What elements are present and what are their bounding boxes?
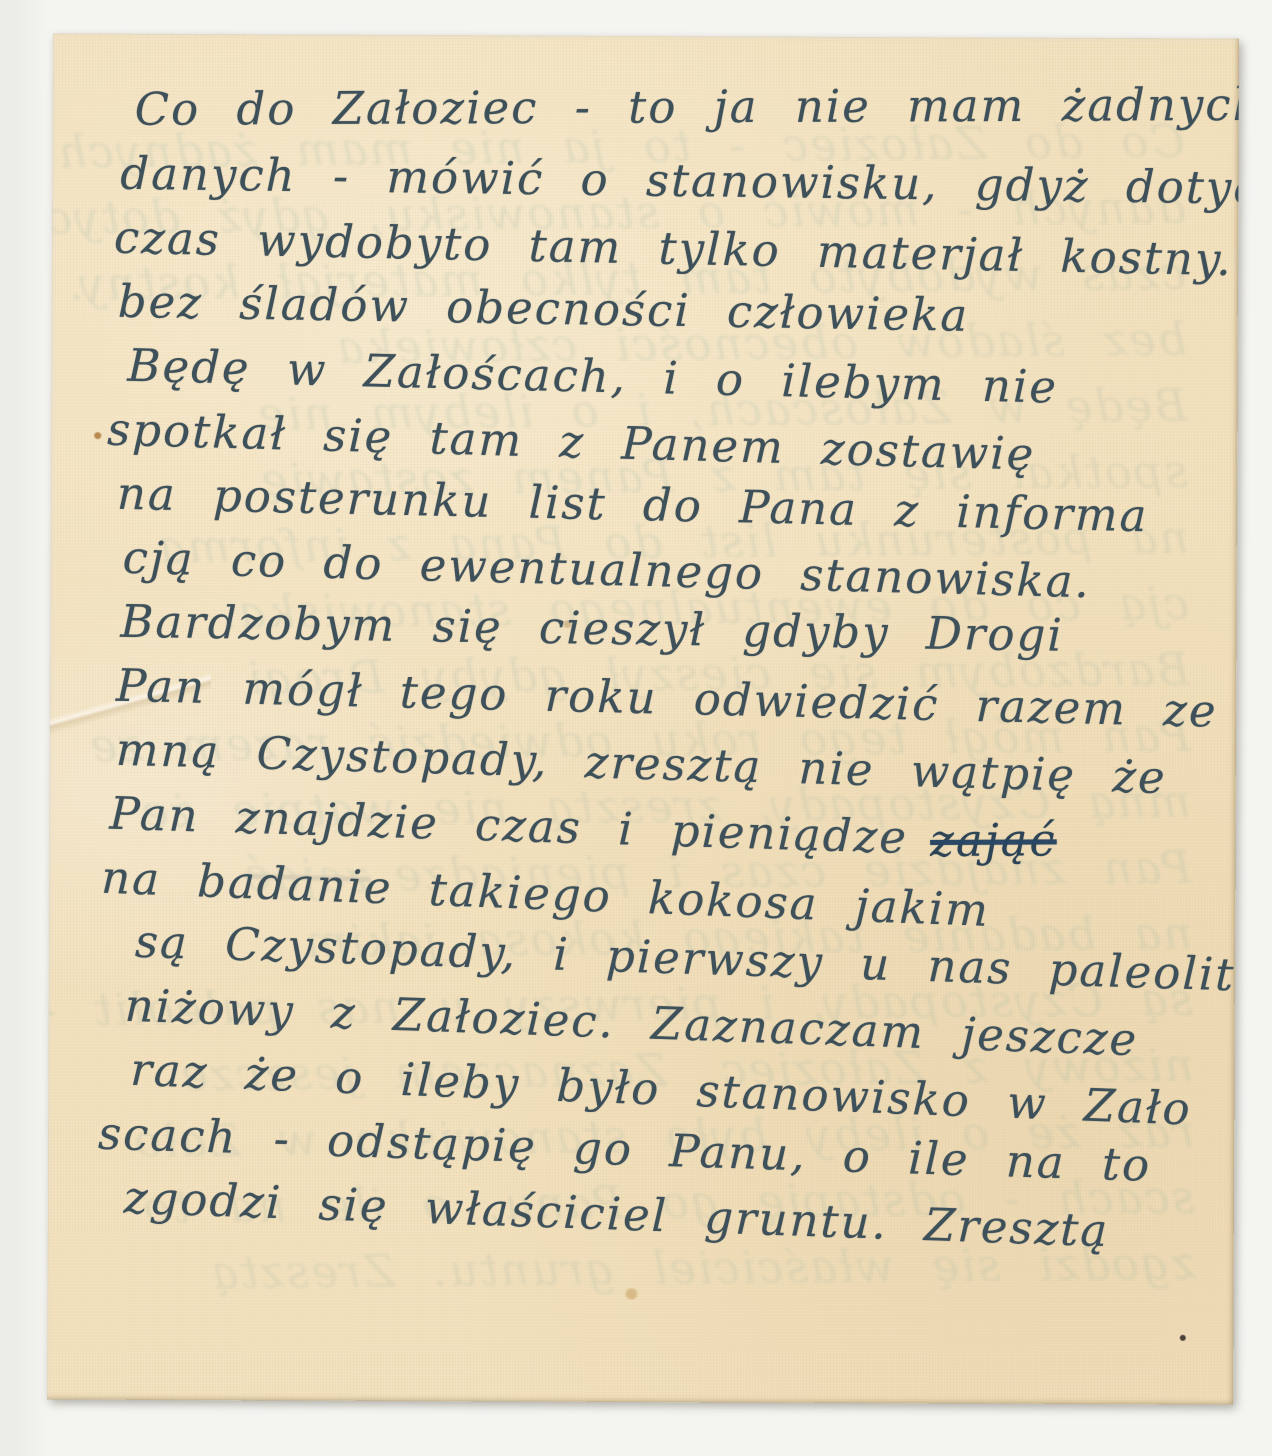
letter-lines: Co do Załoziec - to ja nie mam żadnychda… (78, 78, 1225, 1235)
letter-line: Co do Załoziec - to ja nie mam żadnych (135, 73, 1225, 142)
struck-word: zająć (930, 808, 1057, 873)
letter-line-text: Bardzobym się cieszył gdyby Drogi (120, 595, 1064, 662)
scanner-background: Co do Załoziec - to ja nie mam żadnychda… (0, 0, 1272, 1456)
letter-paper: Co do Załoziec - to ja nie mam żadnychda… (47, 33, 1239, 1404)
letter-line-text: Co do Załoziec - to ja nie mam żadnych (135, 78, 1239, 136)
letter-line-text: bez śladów obecności człowieka (117, 275, 969, 342)
foxing-spot (623, 1288, 639, 1300)
foxing-spot (1179, 1334, 1186, 1341)
letter-line-text: danych - mówić o stanowisku, gdyż dotych… (120, 147, 1239, 216)
